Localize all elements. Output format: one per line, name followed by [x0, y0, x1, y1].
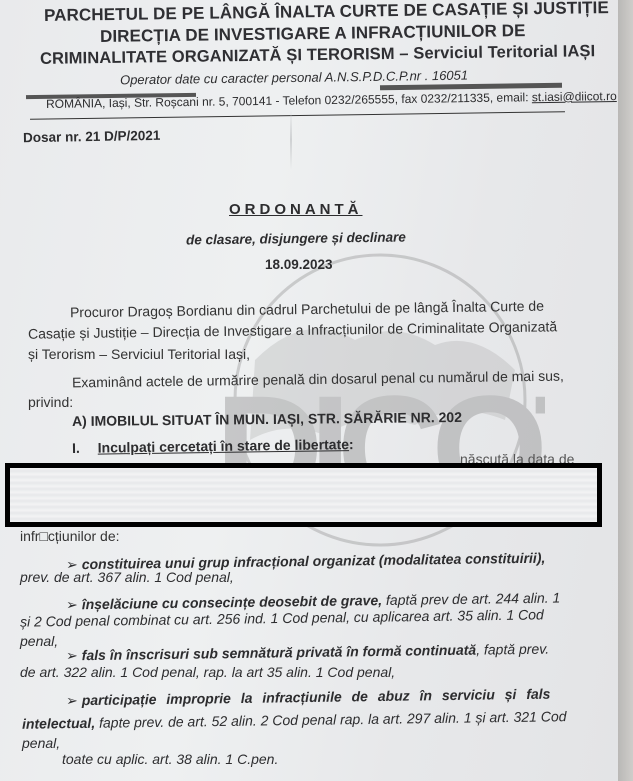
- offences-intro: infr□cțiunilor de:: [20, 528, 120, 544]
- charge-2-ref: faptă prev de art. 244 alin. 1: [382, 590, 560, 608]
- case-number: Dosar nr. 21 D/P/2021: [23, 128, 161, 145]
- section-i-heading: I. Inculpați cercetați în stare de liber…: [72, 436, 354, 456]
- arrow-bullet-icon: ➢: [66, 647, 78, 664]
- section-i-label: Inculpați cercetați în stare de libertat…: [98, 436, 350, 456]
- charge-3-cont: de art. 322 alin. 1 Cod penal, rap. la a…: [20, 664, 395, 680]
- paper-edge-shadow: [618, 0, 633, 781]
- charge-3-ref: , faptă prev.: [476, 641, 549, 658]
- arrow-bullet-icon: ➢: [66, 692, 78, 709]
- charge-3-title: fals în înscrisuri sub semnătură privată…: [82, 642, 477, 664]
- address-line: ROMÂNIA, Iași, Str. Roșcani nr. 5, 70014…: [46, 89, 617, 111]
- section-i-colon: :: [349, 436, 354, 452]
- charge-4-title: participație improprie la infracțiunile …: [82, 686, 551, 709]
- closing-line: toate cu aplic. art. 38 alin. 1 C.pen.: [62, 751, 278, 767]
- redaction-box: [5, 463, 602, 527]
- intro-paragraph-line-2: Casație și Justiție – Direcția de Invest…: [28, 318, 557, 341]
- header-bar-right: [380, 83, 562, 91]
- section-i-number: I.: [72, 440, 80, 456]
- arrow-bullet-icon: ➢: [66, 596, 78, 613]
- charge-4: ➢participație improprie la infracțiunile…: [66, 686, 551, 710]
- charge-4-cont-2: penal,: [22, 735, 60, 751]
- examining-line: Examinând actele de urmărire penală din …: [72, 368, 564, 391]
- charge-4-cont: intelectual, fapte prev. de art. 52 alin…: [22, 708, 567, 734]
- header-divider: [30, 111, 565, 119]
- charge-4-ref: fapte prev. de art. 52 alin. 2 Cod penal…: [95, 708, 567, 731]
- email-link[interactable]: st.iasi@diicot.ro: [532, 89, 617, 104]
- charge-3: ➢fals în înscrisuri sub semnătură privat…: [66, 641, 549, 666]
- charge-1-cont: prev. de art. 367 alin. 1 Cod penal,: [20, 569, 234, 585]
- section-a-heading: A) IMOBILUL SITUAT ÎN MUN. IAȘI, STR. SĂ…: [72, 409, 462, 429]
- intro-paragraph-line-3: și Terorism – Serviciul Teritorial Iași,: [28, 346, 250, 362]
- document-subtitle: de clasare, disjungere și declinare: [186, 229, 406, 247]
- charge-2-cont-2: penal,: [20, 633, 58, 649]
- document-title: ORDONANTĂ: [229, 201, 363, 218]
- paper-crease: [290, 110, 292, 170]
- intro-paragraph-line-1: Procuror Dragoș Bordianu din cadrul Parc…: [70, 298, 544, 321]
- charge-4-title-cont: intelectual,: [22, 715, 95, 732]
- privind-line: privind:: [28, 394, 73, 410]
- document-date: 18.09.2023: [265, 257, 333, 272]
- document-page: DICOT PARCHETUL DE PE LÂNGĂ ÎNALTA CURTE…: [0, 0, 618, 781]
